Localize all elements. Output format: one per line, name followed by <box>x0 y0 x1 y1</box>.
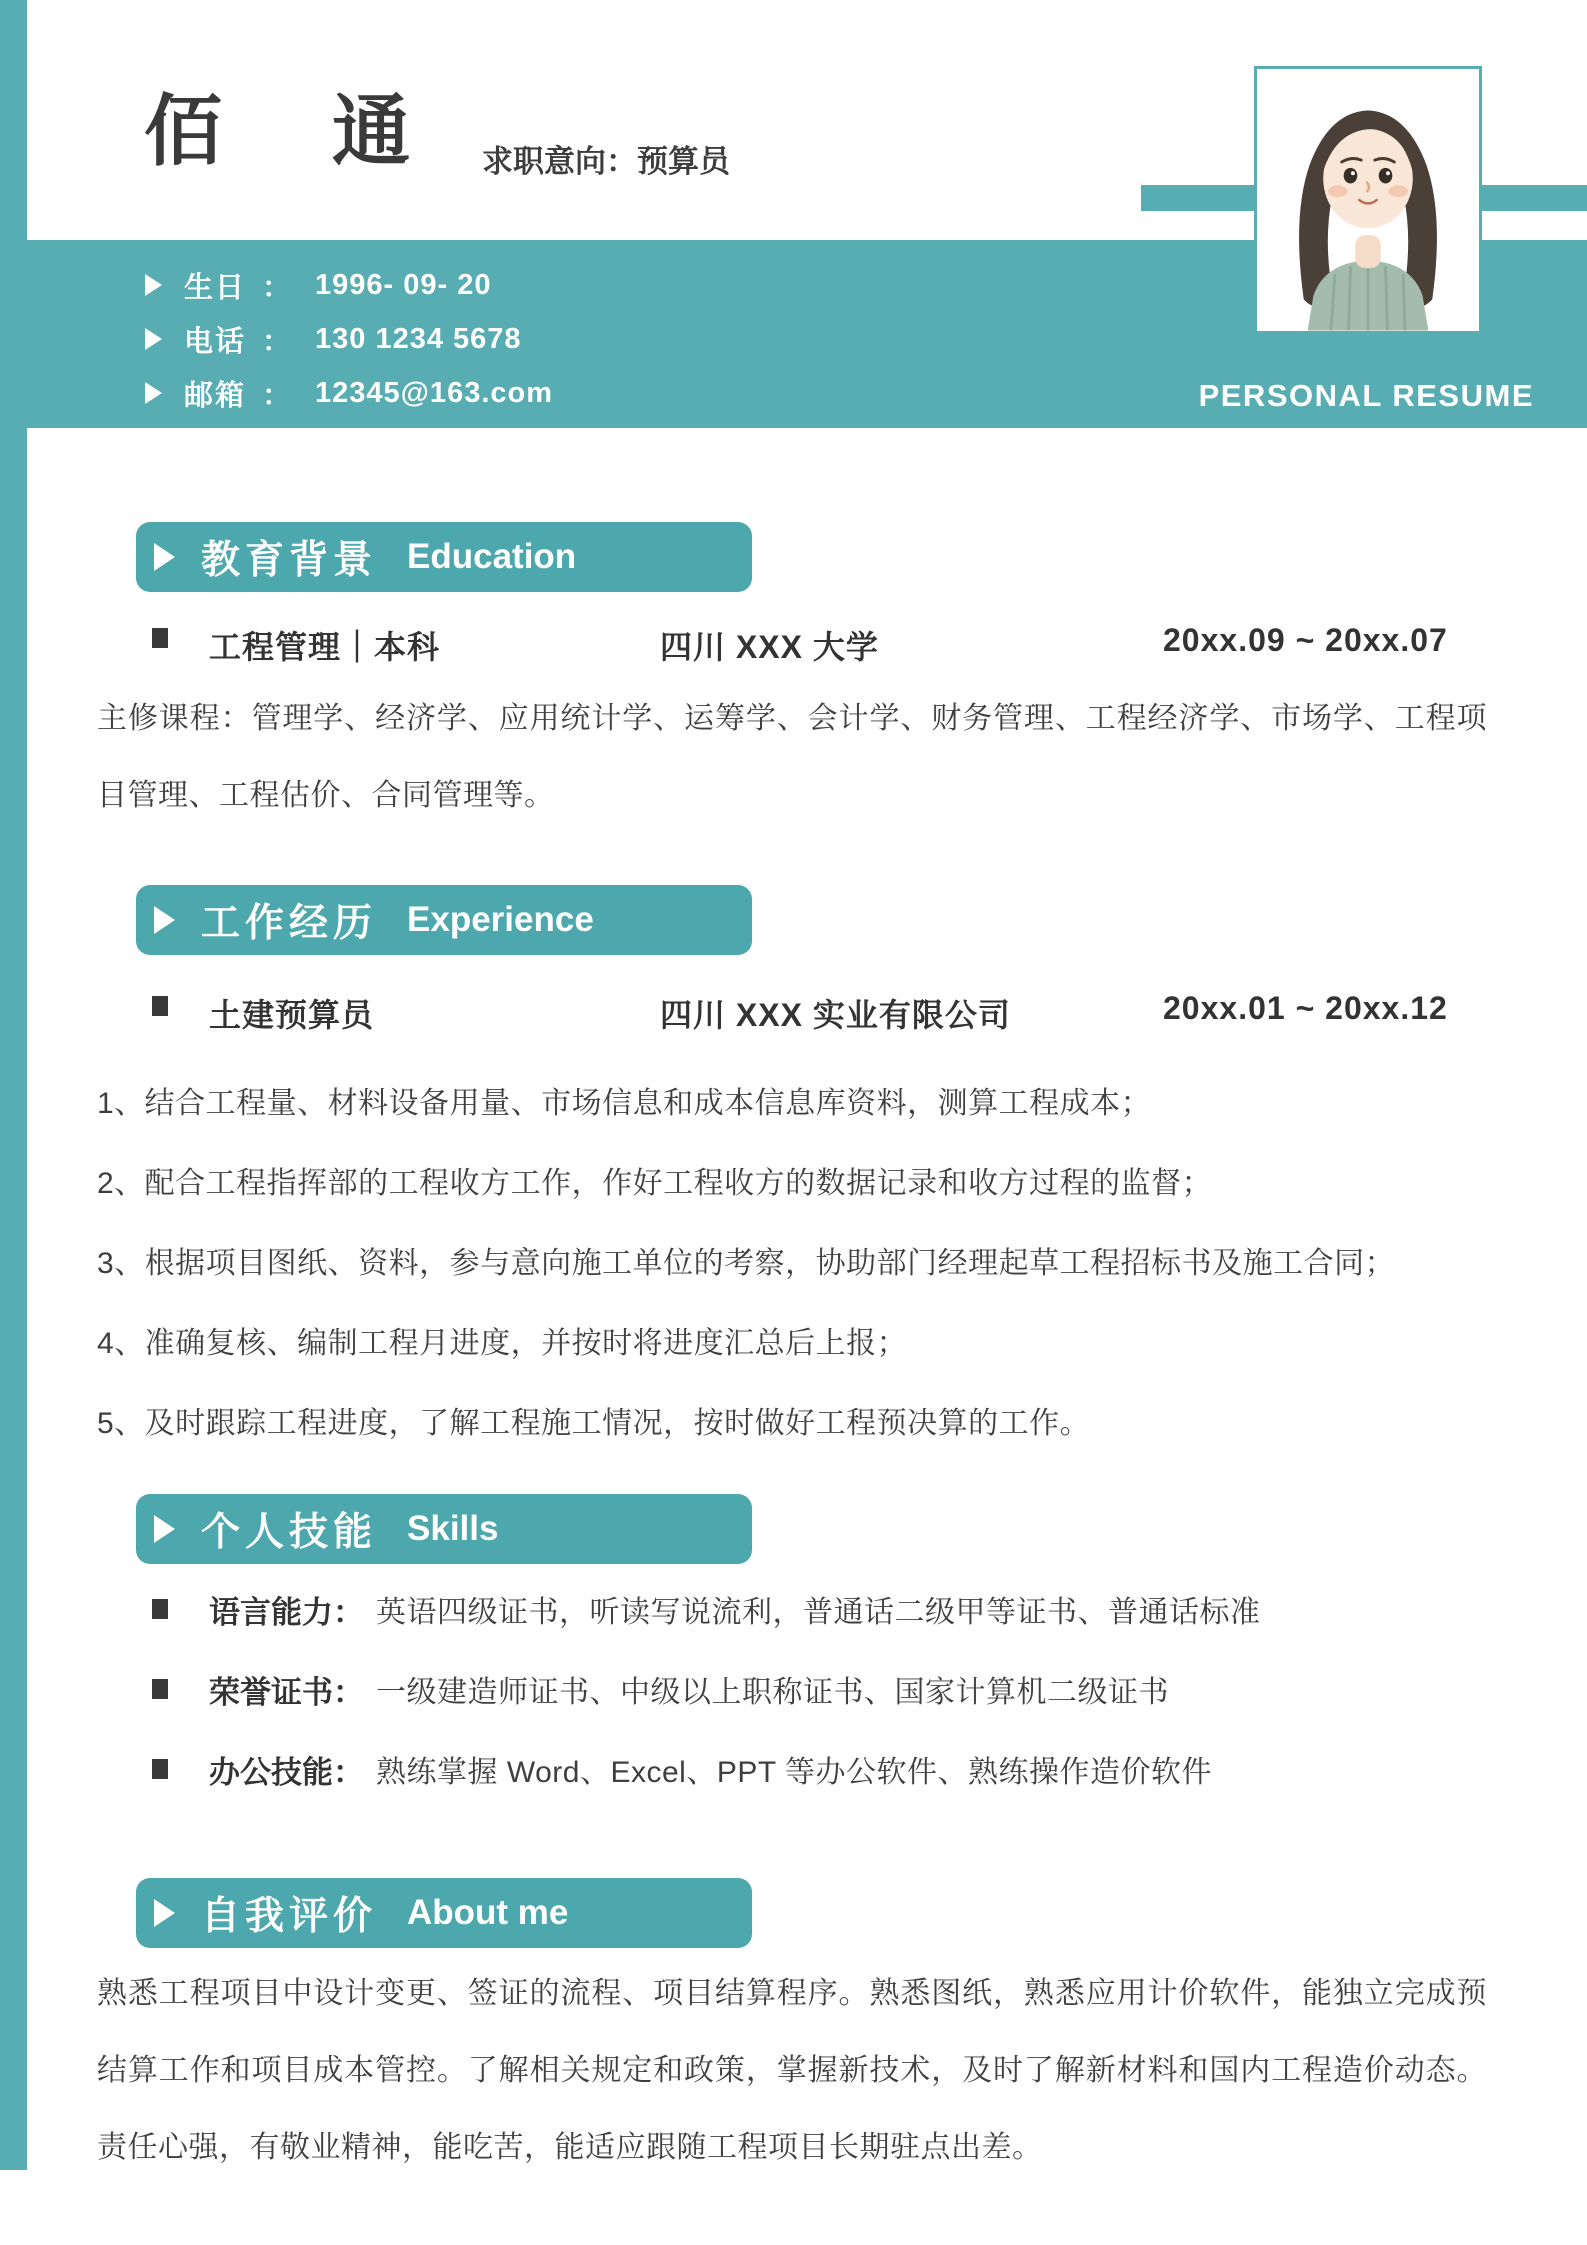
personal-resume-caption: PERSONAL RESUME <box>1199 378 1534 414</box>
triangle-bullet-icon <box>145 382 162 404</box>
skill-text: 熟练掌握 Word、Excel、PPT 等办公软件、熟练操作造价软件 <box>376 1747 1212 1791</box>
resume-page: 佰 通 求职意向：预算员 生日 ： 1996- 09- 20 电话 ： 130 … <box>0 0 1587 2245</box>
triangle-bullet-icon <box>145 274 162 296</box>
email-value: 12345@163.com <box>315 377 553 410</box>
experience-job-title: 土建预算员 <box>209 990 374 1036</box>
experience-duty-item: 3、根据项目图纸、资料，参与意向施工单位的考察，协助部门经理起草工程招标书及施工… <box>97 1224 1395 1304</box>
experience-duty-list: 1、结合工程量、材料设备用量、市场信息和成本信息库资料，测算工程成本； 2、配合… <box>97 1064 1395 1464</box>
education-date-range: 20xx.09 ~ 20xx.07 <box>1163 622 1448 659</box>
skill-label: 荣誉证书： <box>209 1667 364 1712</box>
square-bullet-icon <box>152 628 168 648</box>
section-title-zh: 工作经历 <box>201 892 377 948</box>
experience-date-range: 20xx.01 ~ 20xx.12 <box>1163 990 1448 1027</box>
contact-colon: ： <box>262 265 291 306</box>
contact-label: 电话 <box>184 319 248 360</box>
contact-label: 生日 <box>184 265 248 306</box>
profile-photo <box>1254 66 1482 334</box>
section-header-education: 教育背景 Education <box>136 522 752 592</box>
square-bullet-icon <box>152 1759 168 1779</box>
section-title-zh: 个人技能 <box>201 1501 377 1557</box>
experience-duty-item: 1、结合工程量、材料设备用量、市场信息和成本信息库资料，测算工程成本； <box>97 1064 1395 1144</box>
phone-value: 130 1234 5678 <box>315 323 522 356</box>
experience-duty-item: 4、准确复核、编制工程月进度，并按时将进度汇总后上报； <box>97 1304 1395 1384</box>
skill-label: 语言能力： <box>209 1587 364 1632</box>
triangle-bullet-icon <box>154 543 175 571</box>
section-title-en: Education <box>407 537 576 577</box>
experience-duty-item: 5、及时跟踪工程进度，了解工程施工情况，按时做好工程预决算的工作。 <box>97 1384 1395 1464</box>
candidate-name: 佰 通 <box>144 92 410 170</box>
self-evaluation-paragraph: 熟悉工程项目中设计变更、签证的流程、项目结算程序。熟悉图纸，熟悉应用计价软件，能… <box>97 1955 1487 2186</box>
skill-text: 一级建造师证书、中级以上职称证书、国家计算机二级证书 <box>376 1667 1169 1711</box>
education-major-degree: 工程管理｜本科 <box>209 622 440 668</box>
triangle-bullet-icon <box>145 328 162 350</box>
education-school: 四川 XXX 大学 <box>660 622 879 668</box>
square-bullet-icon <box>152 996 168 1016</box>
square-bullet-icon <box>152 1679 168 1699</box>
skill-label: 办公技能： <box>209 1747 364 1792</box>
triangle-bullet-icon <box>154 1515 175 1543</box>
candidate-name-first: 佰 <box>144 92 222 170</box>
section-title-zh: 教育背景 <box>201 529 377 585</box>
section-header-skills: 个人技能 Skills <box>136 1494 752 1564</box>
contact-colon: ： <box>262 319 291 360</box>
skill-row-certificates: 荣誉证书： 一级建造师证书、中级以上职称证书、国家计算机二级证书 <box>152 1672 1169 1706</box>
experience-company: 四川 XXX 实业有限公司 <box>660 990 1011 1036</box>
contact-row-phone: 电话 ： 130 1234 5678 <box>145 324 522 354</box>
contact-label: 邮箱 <box>184 373 248 414</box>
square-bullet-icon <box>152 1599 168 1619</box>
triangle-bullet-icon <box>154 1899 175 1927</box>
section-title-en: About me <box>407 1893 568 1933</box>
skill-row-office: 办公技能： 熟练掌握 Word、Excel、PPT 等办公软件、熟练操作造价软件 <box>152 1752 1212 1786</box>
contact-row-email: 邮箱 ： 12345@163.com <box>145 378 553 408</box>
section-title-zh: 自我评价 <box>201 1885 377 1941</box>
contact-colon: ： <box>262 373 291 414</box>
avatar-girl-illustration <box>1257 69 1479 331</box>
experience-duty-item: 2、配合工程指挥部的工程收方工作，作好工程收方的数据记录和收方过程的监督； <box>97 1144 1395 1224</box>
skill-text: 英语四级证书，听读写说流利，普通话二级甲等证书、普通话标准 <box>376 1587 1261 1631</box>
section-title-en: Experience <box>407 900 594 940</box>
contact-row-birthday: 生日 ： 1996- 09- 20 <box>145 270 491 300</box>
section-header-experience: 工作经历 Experience <box>136 885 752 955</box>
job-intention: 求职意向：预算员 <box>482 136 730 181</box>
birthday-value: 1996- 09- 20 <box>315 269 491 302</box>
skill-row-language: 语言能力： 英语四级证书，听读写说流利，普通话二级甲等证书、普通话标准 <box>152 1592 1261 1626</box>
section-title-en: Skills <box>407 1509 498 1549</box>
section-header-about: 自我评价 About me <box>136 1878 752 1948</box>
education-courses-paragraph: 主修课程：管理学、经济学、应用统计学、运筹学、会计学、财务管理、工程经济学、市场… <box>97 680 1487 834</box>
triangle-bullet-icon <box>154 906 175 934</box>
candidate-name-last: 通 <box>332 92 410 170</box>
